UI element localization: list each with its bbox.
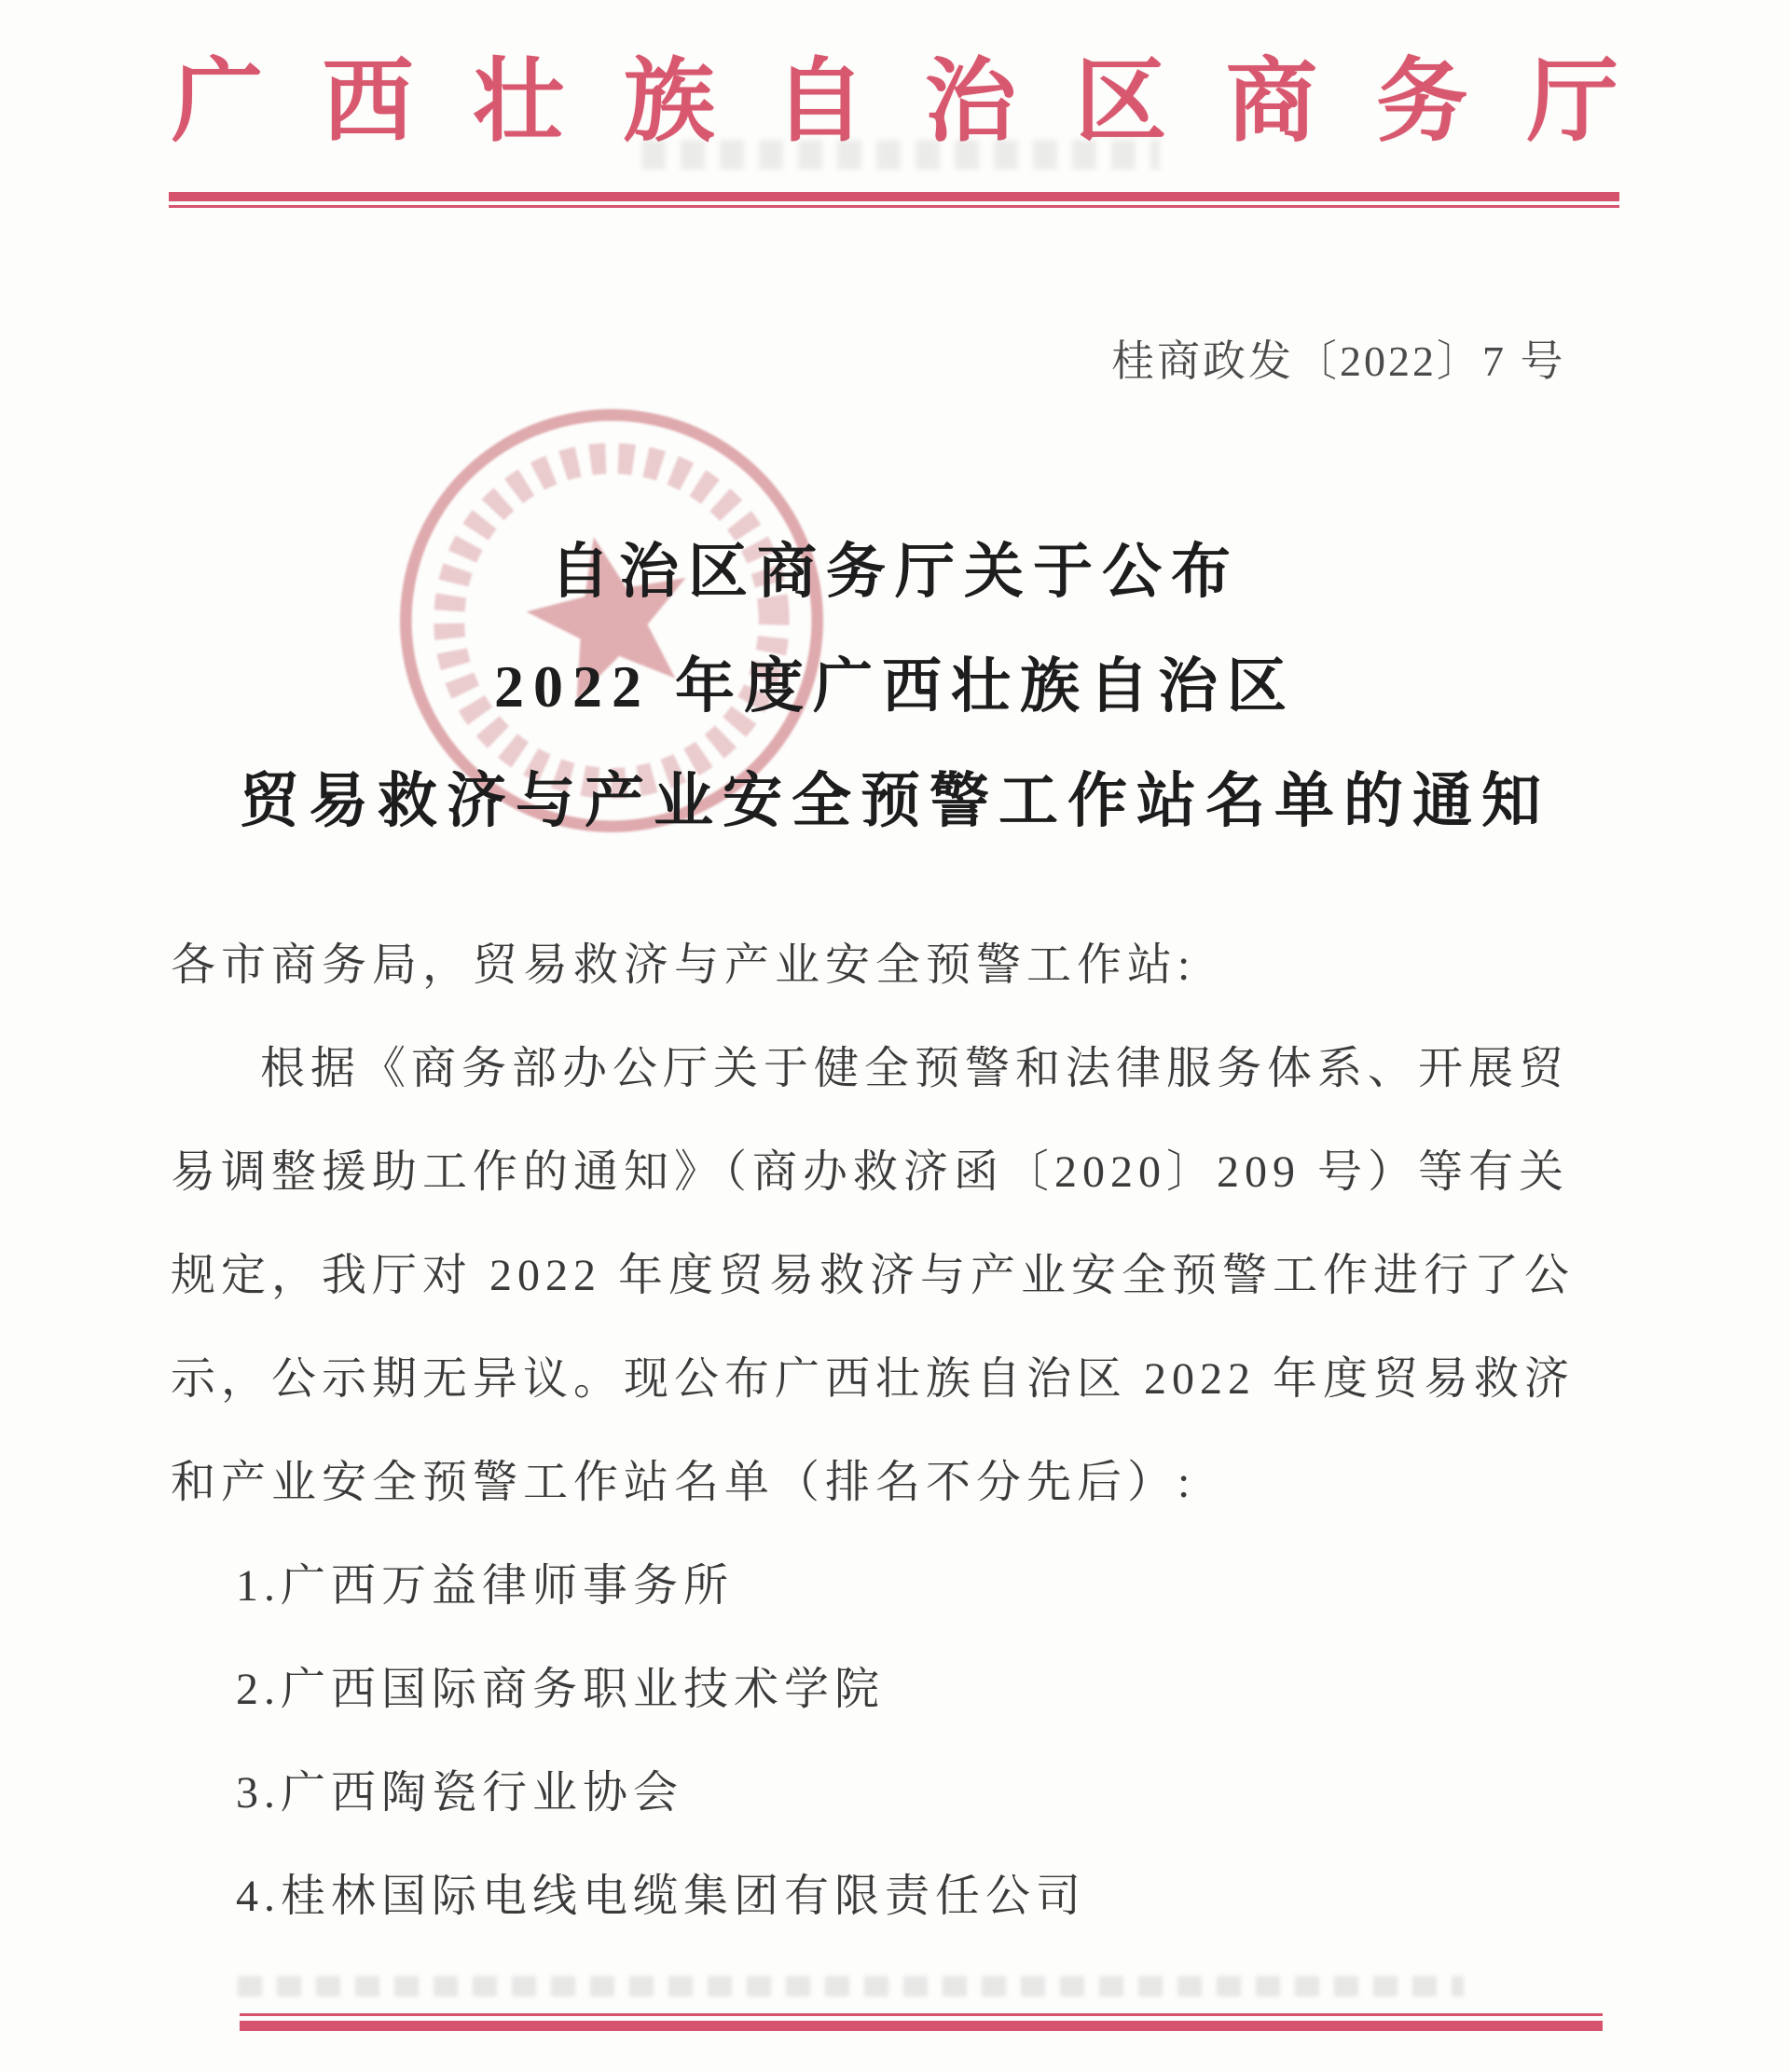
station-list-item-3: 3.广西陶瓷行业协会 xyxy=(171,1741,1623,1845)
body-line-1: 根据《商务部办公厅关于健全预警和法律服务体系、开展贸 xyxy=(171,1017,1623,1120)
bleedthrough-artifact xyxy=(238,1976,1464,1997)
station-list-item-4: 4.桂林国际电线电缆集团有限责任公司 xyxy=(171,1845,1623,1948)
body-line-3: 规定，我厅对 2022 年度贸易救济与产业安全预警工作进行了公 xyxy=(171,1224,1623,1327)
body-line-5: 和产业安全预警工作站名单（排名不分先后）: xyxy=(171,1431,1623,1534)
agency-name: 广西壮族自治区商务厅 xyxy=(172,47,1618,158)
station-list-item-2: 2.广西国际商务职业技术学院 xyxy=(171,1638,1623,1741)
footer-rule xyxy=(240,2013,1603,2031)
header-rule-thin-bar xyxy=(169,205,1619,208)
station-list-item-1: 1.广西万益律师事务所 xyxy=(171,1534,1623,1638)
salutation: 各市商务局，贸易救济与产业安全预警工作站: xyxy=(171,913,1623,1017)
document-page: 广西壮族自治区商务厅 桂商政发〔2022〕7 号 自治区商务厅关于公布 2022… xyxy=(0,0,1790,2072)
reference-number: 桂商政发〔2022〕7 号 xyxy=(1111,334,1566,390)
notice-title: 自治区商务厅关于公布 2022 年度广西壮族自治区 贸易救济与产业安全预警工作站… xyxy=(0,515,1790,858)
body-line-2: 易调整援助工作的通知》（商办救济函〔2020〕209 号）等有关 xyxy=(171,1120,1623,1224)
notice-title-line-3: 贸易救济与产业安全预警工作站名单的通知 xyxy=(0,744,1790,858)
notice-title-line-2: 2022 年度广西壮族自治区 xyxy=(0,629,1790,744)
header-rule-thick-bar xyxy=(169,192,1619,201)
notice-title-line-1: 自治区商务厅关于公布 xyxy=(0,515,1790,629)
letter-body: 各市商务局，贸易救济与产业安全预警工作站: 根据《商务部办公厅关于健全预警和法律… xyxy=(171,913,1623,1948)
footer-rule-thick-bar xyxy=(240,2021,1603,2031)
header-rule xyxy=(169,192,1619,208)
body-line-4: 示，公示期无异议。现公布广西壮族自治区 2022 年度贸易救济 xyxy=(171,1327,1623,1431)
